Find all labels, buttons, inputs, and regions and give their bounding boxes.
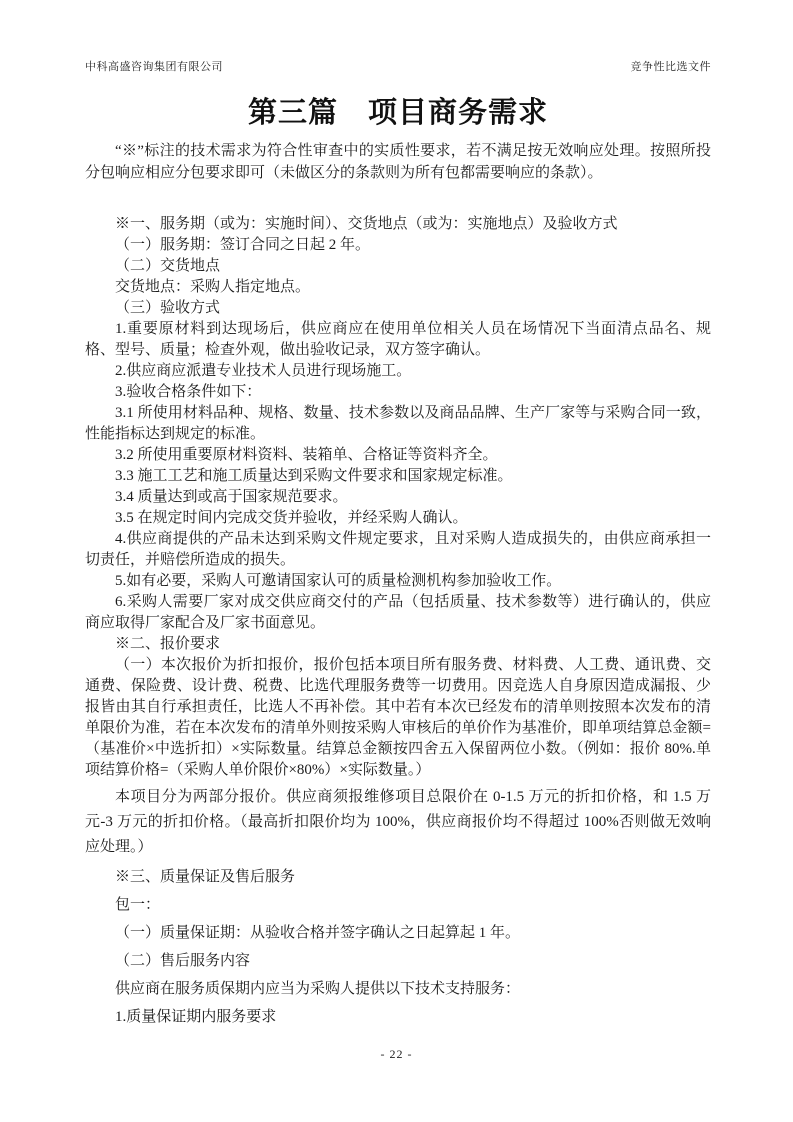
paragraph: 3.验收合格条件如下：	[85, 382, 711, 403]
paragraph: 供应商在服务质保期内应当为采购人提供以下技术支持服务：	[85, 979, 711, 1000]
paragraph: 4.供应商提供的产品未达到采购文件规定要求，且对采购人造成损失的，由供应商承担一…	[85, 529, 711, 571]
paragraph: 交货地点：采购人指定地点。	[85, 277, 711, 298]
paragraph: 1.质量保证期内服务要求	[85, 1007, 711, 1028]
paragraph: 包一：	[85, 895, 711, 916]
paragraph: 本项目分为两部分报价。供应商须报维修项目总限价在 0-1.5 万元的折扣价格，和…	[85, 785, 711, 860]
paragraph: ※三、质量保证及售后服务	[85, 867, 711, 888]
document-page: 中科高盛咨询集团有限公司 竞争性比选文件 第三篇 项目商务需求 “※”标注的技术…	[0, 0, 793, 1122]
paragraph: ※二、报价要求	[85, 634, 711, 655]
paragraph: （一）本次报价为折扣报价，报价包括本项目所有服务费、材料费、人工费、通讯费、交通…	[85, 655, 711, 781]
paragraph: 6.采购人需要厂家对成交供应商交付的产品（包括质量、技术参数等）进行确认的，供应…	[85, 592, 711, 634]
header-company-name: 中科高盛咨询集团有限公司	[85, 58, 223, 74]
paragraph: 2.供应商应派遣专业技术人员进行现场施工。	[85, 361, 711, 382]
page-number: - 22 -	[0, 1047, 793, 1062]
document-title: 第三篇 项目商务需求	[85, 92, 711, 134]
paragraph: （二）售后服务内容	[85, 951, 711, 972]
paragraph: 3.5 在规定时间内完成交货并验收，并经采购人确认。	[85, 508, 711, 529]
paragraph: 5.如有必要，采购人可邀请国家认可的质量检测机构参加验收工作。	[85, 571, 711, 592]
paragraph: （一）服务期：签订合同之日起 2 年。	[85, 235, 711, 256]
paragraph: （一）质量保证期：从验收合格并签字确认之日起算起 1 年。	[85, 923, 711, 944]
paragraph: 3.1 所使用材料品种、规格、数量、技术参数以及商品品牌、生产厂家等与采购合同一…	[85, 403, 711, 445]
paragraph: 3.2 所使用重要原材料资料、装箱单、合格证等资料齐全。	[85, 445, 711, 466]
paragraph: 3.3 施工工艺和施工质量达到采购文件要求和国家规定标准。	[85, 466, 711, 487]
paragraph: “※”标注的技术需求为符合性审查中的实质性要求，若不满足按无效响应处理。按照所投…	[85, 140, 711, 184]
paragraph: 1.重要原材料到达现场后，供应商应在使用单位相关人员在场情况下当面清点品名、规格…	[85, 319, 711, 361]
paragraph: （二）交货地点	[85, 256, 711, 277]
header-doc-type: 竞争性比选文件	[631, 58, 712, 74]
document-body: “※”标注的技术需求为符合性审查中的实质性要求，若不满足按无效响应处理。按照所投…	[85, 140, 711, 1028]
paragraph: 3.4 质量达到或高于国家规范要求。	[85, 487, 711, 508]
paragraph: ※一、服务期（或为：实施时间）、交货地点（或为：实施地点）及验收方式	[85, 214, 711, 235]
paragraph: （三）验收方式	[85, 298, 711, 319]
document-header: 中科高盛咨询集团有限公司 竞争性比选文件	[85, 58, 711, 74]
